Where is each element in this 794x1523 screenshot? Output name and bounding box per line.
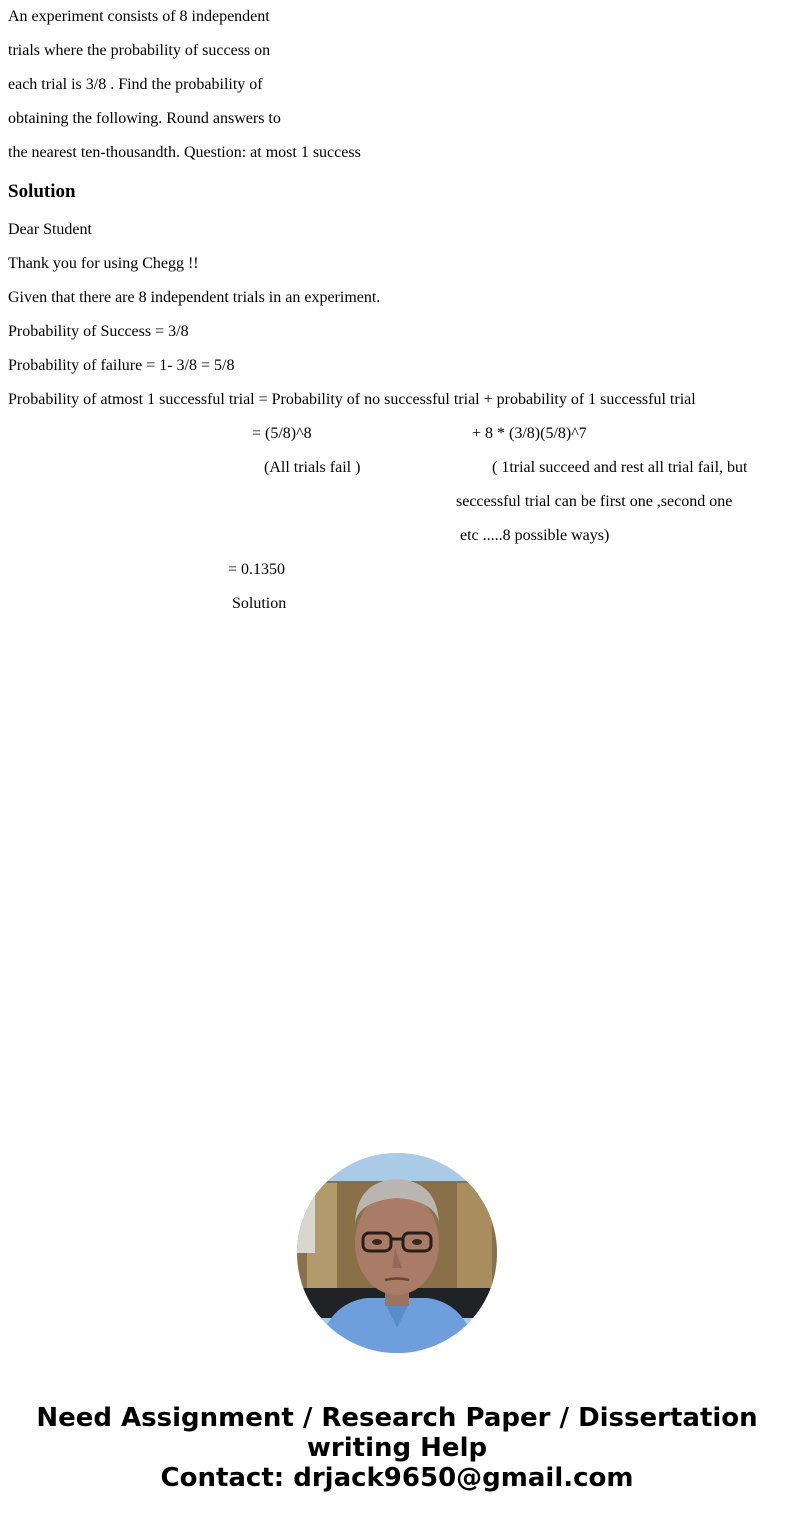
- footer-line: Need Assignment / Research Paper / Disse…: [0, 1403, 794, 1433]
- question-line: each trial is 3/8 . Find the probability…: [8, 76, 263, 94]
- person-photo-icon: [297, 1153, 497, 1353]
- result-value: = 0.1350: [228, 561, 285, 579]
- footer-line: writing Help: [0, 1433, 794, 1463]
- term-one-success: + 8 * (3/8)(5/8)^7: [472, 425, 587, 443]
- avatar: [297, 1153, 497, 1353]
- solution-heading: Solution: [8, 181, 76, 203]
- success-probability: Probability of Success = 3/8: [8, 323, 189, 341]
- failure-probability: Probability of failure = 1- 3/8 = 5/8: [8, 357, 234, 375]
- question-line: the nearest ten-thousandth. Question: at…: [8, 144, 361, 162]
- question-line: An experiment consists of 8 independent: [8, 8, 270, 26]
- contact-email: Contact: drjack9650@gmail.com: [0, 1463, 794, 1493]
- note-one-success-line: ( 1trial succeed and rest all trial fail…: [492, 459, 747, 477]
- note-one-success-line: etc .....8 possible ways): [460, 527, 609, 545]
- formula-text: Probability of atmost 1 successful trial…: [8, 391, 696, 409]
- note-all-fail: (All trials fail ): [264, 459, 360, 477]
- given-text: Given that there are 8 independent trial…: [8, 289, 380, 307]
- closing-label: Solution: [232, 595, 286, 613]
- contact-footer: Need Assignment / Research Paper / Disse…: [0, 1403, 794, 1493]
- note-one-success-line: seccessful trial can be first one ,secon…: [456, 493, 732, 511]
- term-no-success: = (5/8)^8: [252, 425, 312, 443]
- greeting: Dear Student: [8, 221, 92, 239]
- question-line: obtaining the following. Round answers t…: [8, 110, 281, 128]
- thanks-text: Thank you for using Chegg !!: [8, 255, 199, 273]
- question-line: trials where the probability of success …: [8, 42, 270, 60]
